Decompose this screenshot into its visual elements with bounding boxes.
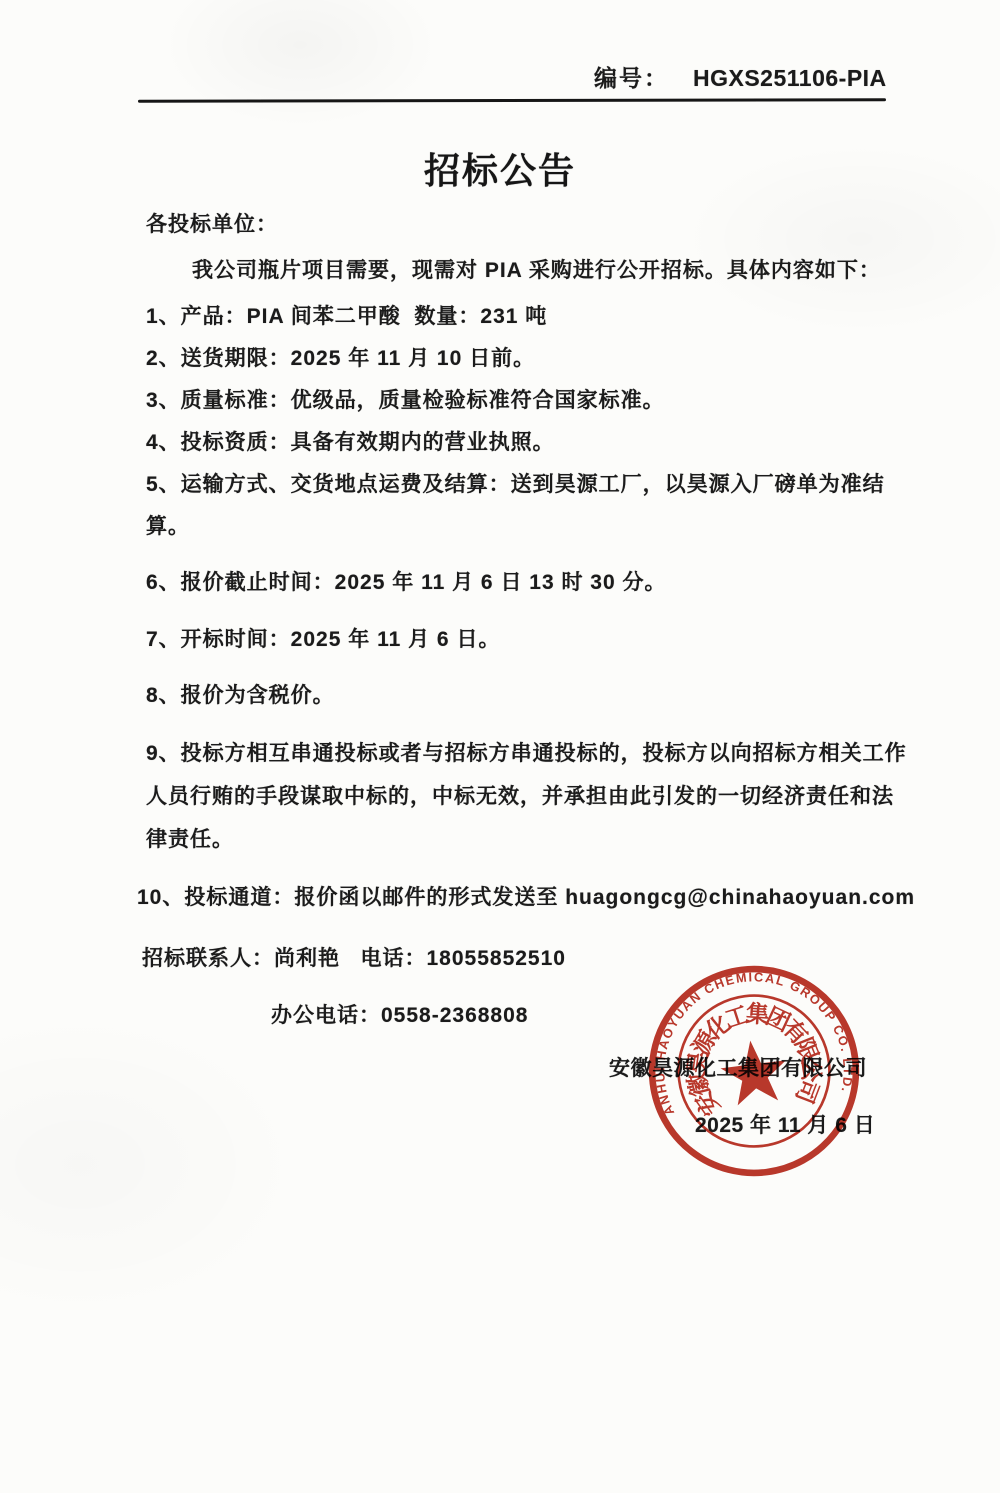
tender-item-5-line-1: 5、运输方式、交货地点运费及结算：送到昊源工厂，以昊源入厂磅单为准结 (146, 468, 885, 498)
office-phone-line: 办公电话：0558-2368808 (271, 999, 528, 1029)
tender-item-2: 2、送货期限：2025 年 11 月 10 日前。 (146, 342, 535, 372)
doc-number-value: HGXS251106-PIA (693, 65, 887, 92)
page-title: 招标公告 (0, 143, 1000, 194)
seal-svg: ANHUI HAOYUAN CHEMICAL GROUP CO. LTD. 安徽… (634, 951, 875, 1192)
tender-item-3: 3、质量标准：优级品，质量检验标准符合国家标准。 (146, 384, 665, 414)
tender-item-7: 7、开标时间：2025 年 11 月 6 日。 (146, 623, 500, 653)
tender-item-1: 1、产品：PIA 间苯二甲酸 数量：231 吨 (146, 300, 547, 330)
company-seal: ANHUI HAOYUAN CHEMICAL GROUP CO. LTD. 安徽… (634, 951, 875, 1192)
header-rule-divider (138, 98, 886, 103)
tender-item-8: 8、报价为含税价。 (146, 679, 335, 709)
tender-item-9-line-3: 律责任。 (146, 823, 234, 853)
tender-item-9-line-2: 人员行贿的手段谋取中标的，中标无效，并承担由此引发的一切经济责任和法 (146, 780, 894, 810)
contact-person-line: 招标联系人：尚利艳 电话：18055852510 (142, 942, 566, 972)
star-icon (718, 1037, 791, 1107)
tender-item-6: 6、报价截止时间：2025 年 11 月 6 日 13 时 30 分。 (146, 566, 667, 596)
doc-number-row: 编号： HGXS251106-PIA (594, 60, 887, 93)
tender-item-4: 4、投标资质：具备有效期内的营业执照。 (146, 426, 555, 456)
tender-item-10: 10、投标通道：报价函以邮件的形式发送至 huagongcg@chinahaoy… (137, 881, 915, 911)
salutation-line: 各投标单位： (146, 208, 278, 238)
document-page: 编号： HGXS251106-PIA 招标公告 各投标单位： 我公司瓶片项目需要… (0, 0, 1000, 1493)
intro-line: 我公司瓶片项目需要，现需对 PIA 采购进行公开招标。具体内容如下： (192, 254, 881, 284)
tender-item-5-line-2: 算。 (146, 510, 190, 540)
tender-item-9-line-1: 9、投标方相互串通投标或者与招标方串通投标的，投标方以向招标方相关工作 (146, 737, 907, 767)
doc-number-label: 编号： (594, 60, 669, 93)
